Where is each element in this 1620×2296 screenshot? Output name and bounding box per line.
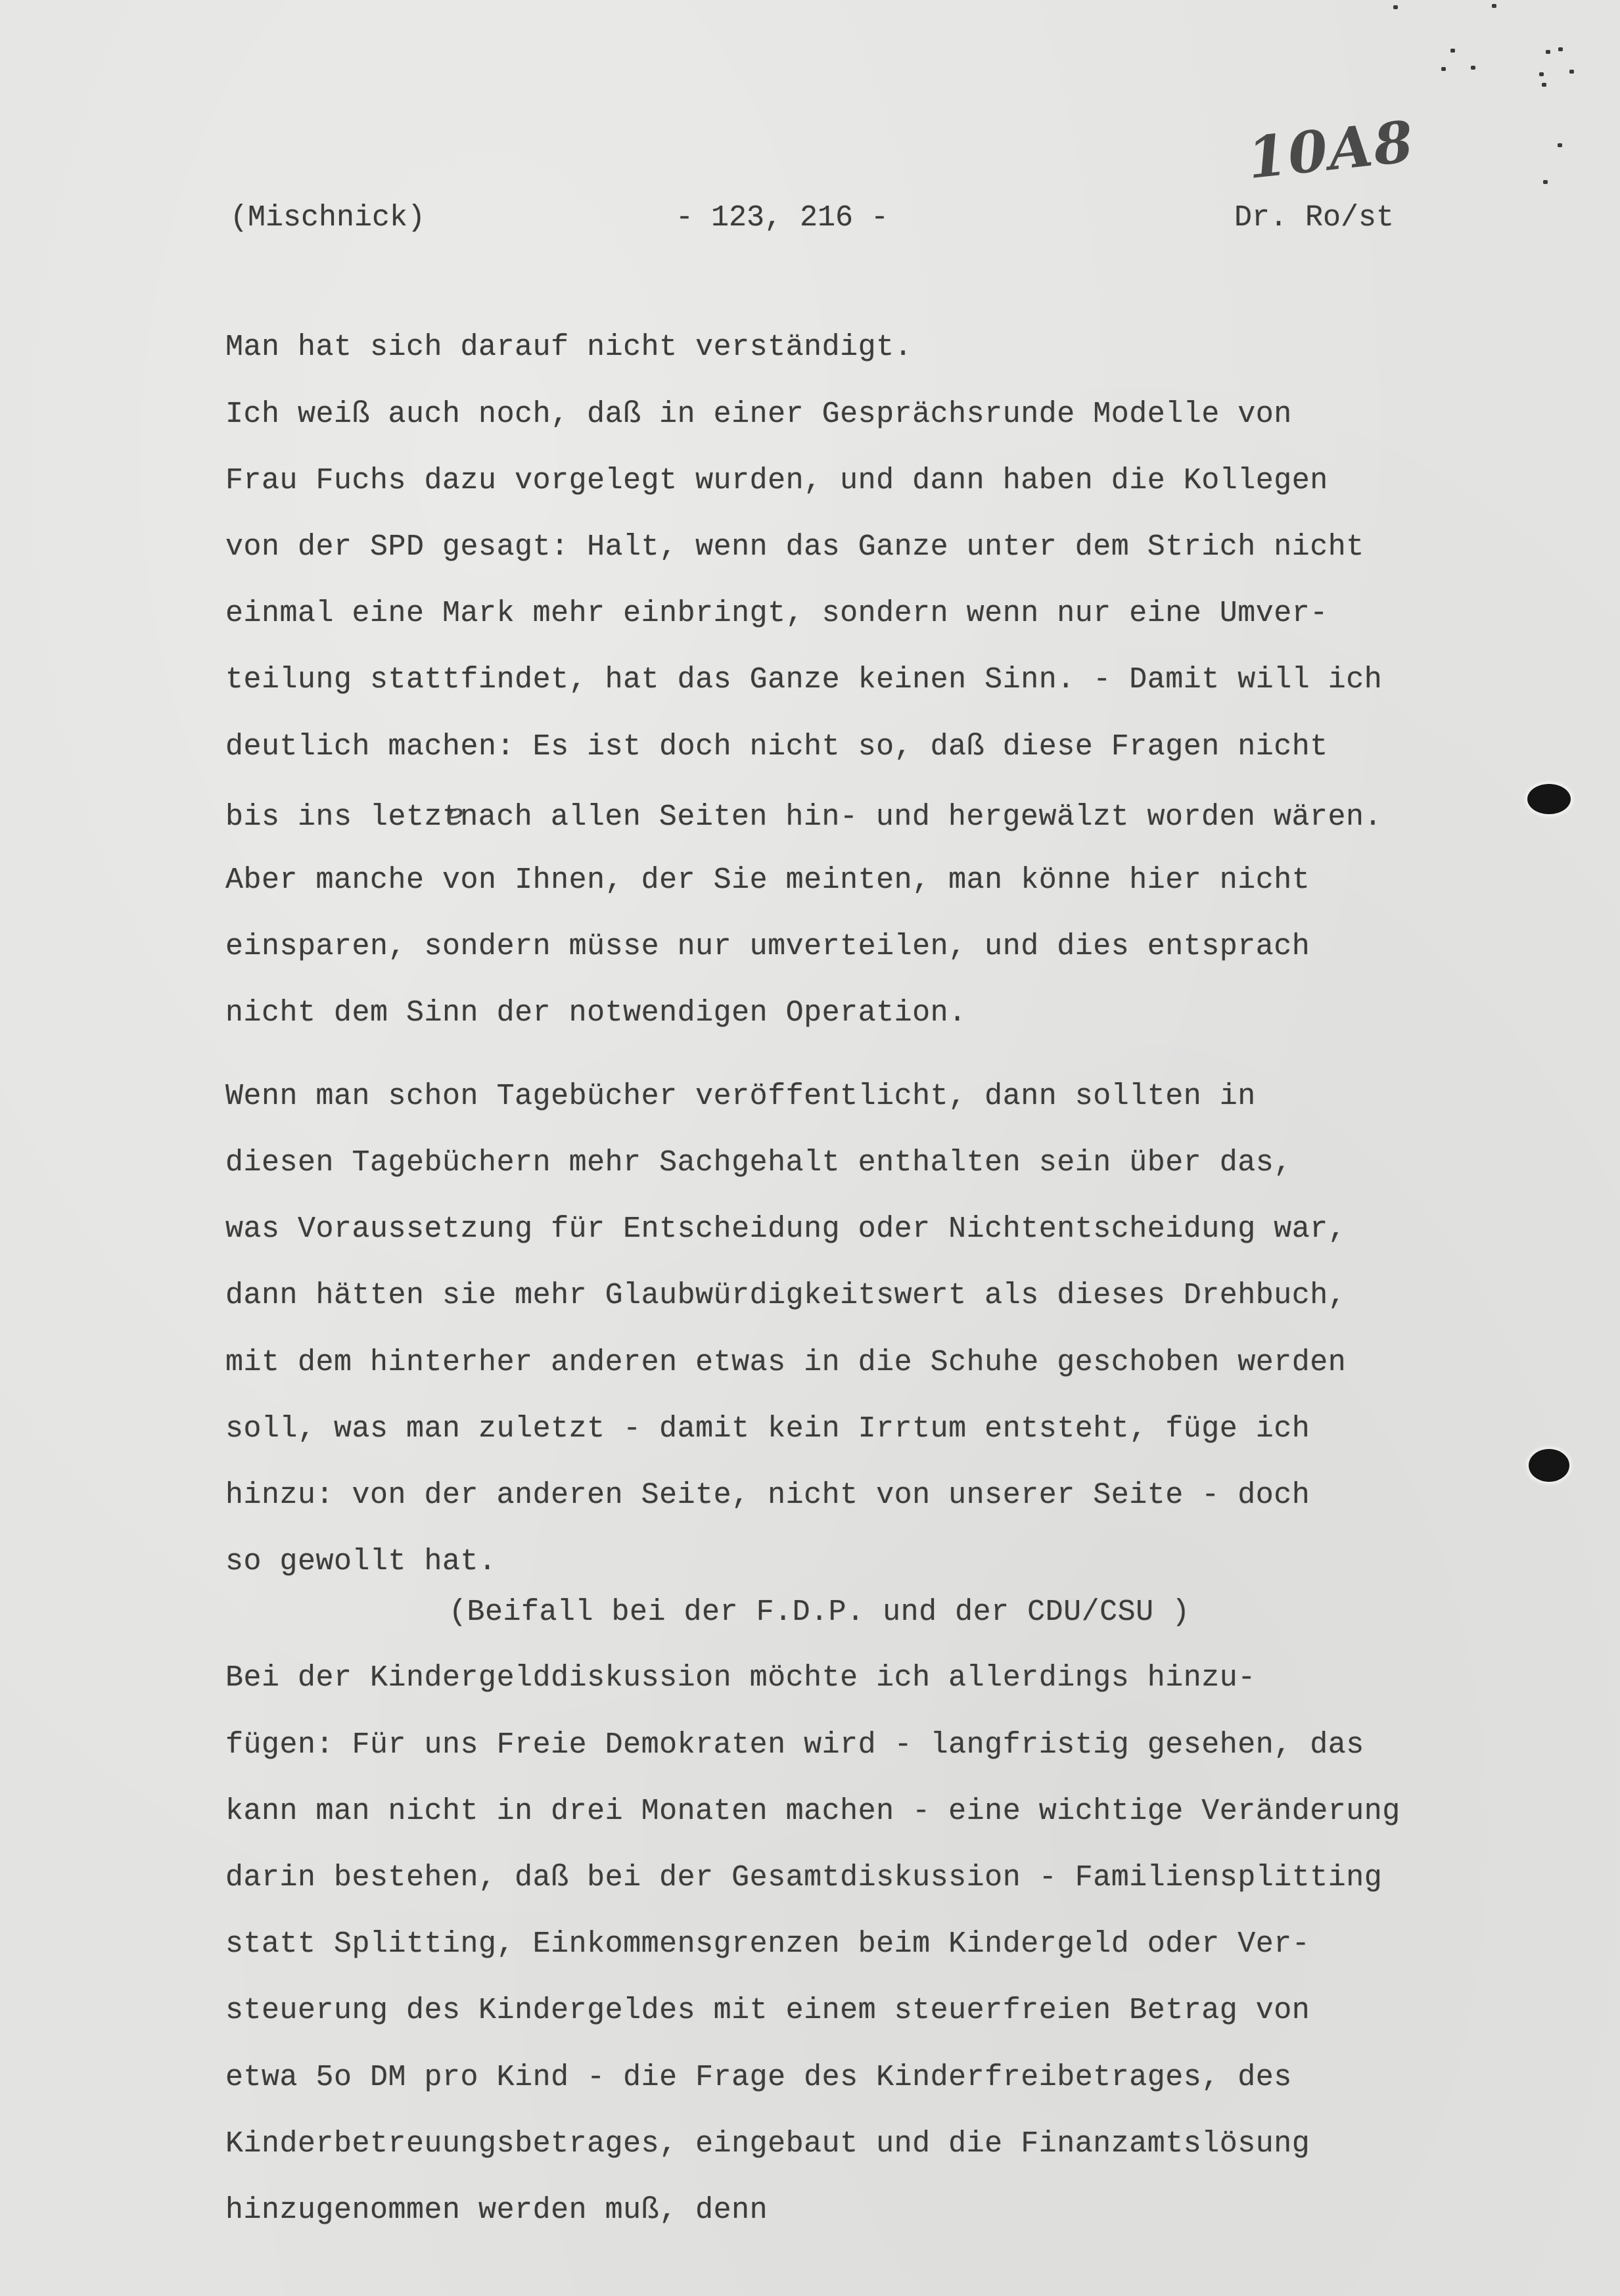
staple-mark	[1558, 47, 1563, 51]
text-line: Kinderbetreuungsbetrages, eingebaut und …	[225, 2129, 1310, 2159]
punch-hole	[1529, 1449, 1569, 1482]
staple-mark	[1450, 49, 1455, 53]
text-line: kann man nicht in drei Monaten machen - …	[225, 1797, 1400, 1826]
text-line: diesen Tagebüchern mehr Sachgehalt entha…	[225, 1148, 1292, 1178]
text-line: Aber manche von Ihnen, der Sie meinten, …	[225, 865, 1310, 895]
text-line: was Voraussetzung für Entscheidung oder …	[225, 1214, 1346, 1244]
text-line: etwa 5o DM pro Kind - die Frage des Kind…	[225, 2063, 1292, 2092]
text-line: einmal eine Mark mehr einbringt, sondern…	[225, 599, 1328, 628]
text-line: nicht dem Sinn der notwendigen Operation…	[225, 998, 967, 1028]
speaker-name: (Mischnick)	[230, 201, 425, 235]
page-reference: - 123, 216 -	[676, 201, 889, 235]
text-line: darin bestehen, daß bei der Gesamtdiskus…	[225, 1863, 1382, 1893]
text-line: statt Splitting, Einkommensgrenzen beim …	[225, 1929, 1310, 1959]
text-line: dann hätten sie mehr Glaubwürdigkeitswer…	[225, 1281, 1346, 1310]
text-line: deutlich machen: Es ist doch nicht so, d…	[225, 732, 1328, 762]
text-line: steuerung des Kindergeldes mit einem ste…	[225, 1996, 1310, 2025]
text-segment: nach allen Seiten hin- und hergewälzt wo…	[460, 800, 1382, 834]
text-line: fügen: Für uns Freie Demokraten wird - l…	[225, 1730, 1364, 1760]
staple-mark	[1492, 4, 1496, 8]
staple-mark	[1393, 5, 1398, 9]
text-line: hinzugenommen werden muß, denn	[225, 2195, 768, 2225]
staple-mark	[1441, 67, 1446, 71]
text-line: Frau Fuchs dazu vorgelegt wurden, und da…	[225, 466, 1328, 495]
text-line: Wenn man schon Tagebücher veröffentlicht…	[225, 1082, 1256, 1111]
document-page: 10A8 (Mischnick) - 123, 216 - Dr. Ro/st …	[0, 0, 1620, 2296]
text-line: mit dem hinterher anderen etwas in die S…	[225, 1348, 1346, 1377]
text-line: Man hat sich darauf nicht verständigt.	[225, 333, 912, 362]
stage-direction: (Beifall bei der F.D.P. und der CDU/CSU …	[449, 1597, 1190, 1627]
text-line: soll, was man zuletzt - damit kein Irrtu…	[225, 1414, 1310, 1444]
text-line: so gewollt hat.	[225, 1547, 497, 1576]
staple-mark	[1539, 72, 1544, 76]
text-segment: bis ins letzt	[225, 800, 461, 834]
text-line: Bei der Kindergelddiskussion möchte ich …	[225, 1663, 1256, 1693]
staple-mark	[1569, 70, 1574, 74]
text-line: hinzu: von der anderen Seite, nicht von …	[225, 1481, 1310, 1510]
text-line: einsparen, sondern müsse nur umverteilen…	[225, 932, 1310, 961]
text-line: von der SPD gesagt: Halt, wenn das Ganze…	[225, 532, 1364, 562]
punch-hole	[1527, 784, 1571, 814]
staple-mark	[1471, 66, 1475, 70]
text-line: bis ins letztenach allen Seiten hin- und…	[225, 799, 1382, 832]
staple-mark	[1543, 180, 1548, 184]
typist-initials: Dr. Ro/st	[1234, 201, 1394, 235]
staple-mark	[1558, 143, 1562, 147]
text-line: Ich weiß auch noch, daß in einer Gespräc…	[225, 400, 1292, 429]
text-line: teilung stattfindet, hat das Ganze keine…	[225, 665, 1382, 695]
staple-mark	[1546, 50, 1550, 54]
staple-mark	[1542, 83, 1546, 87]
handwritten-folio-number: 10A8	[1244, 108, 1417, 192]
